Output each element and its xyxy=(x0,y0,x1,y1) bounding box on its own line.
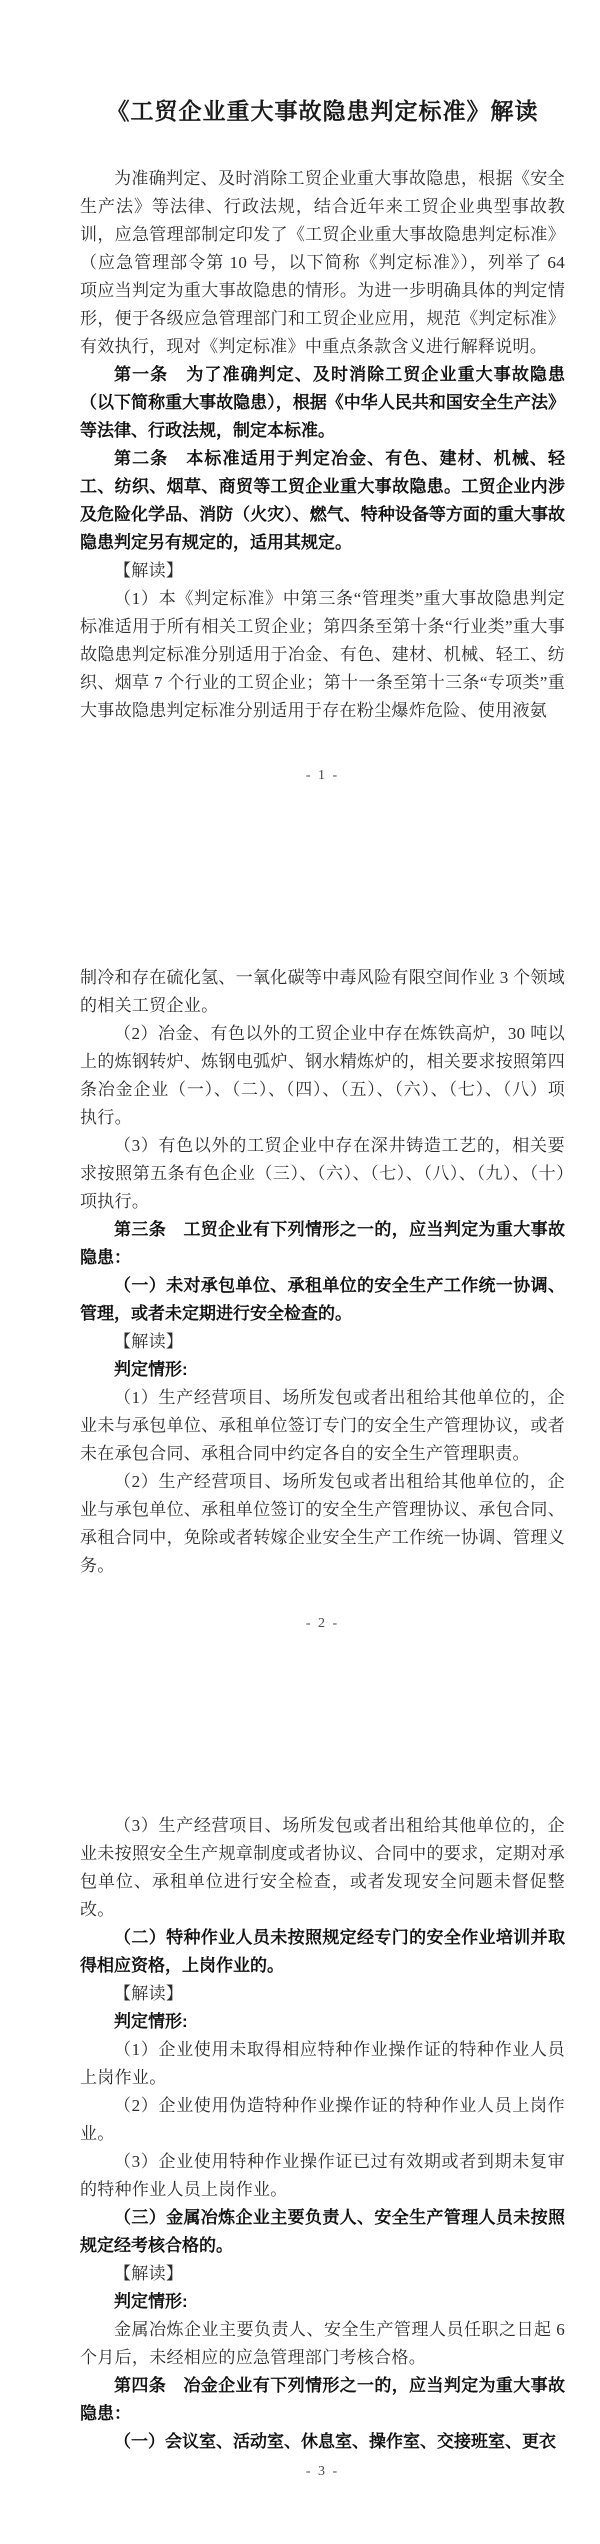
document-title: 《工贸企业重大事故隐患判定标准》解读 xyxy=(80,95,565,129)
body-paragraph: 【解读】 xyxy=(80,2260,565,2288)
clause-paragraph: （一）会议室、活动室、休息室、操作室、交接班室、更衣 xyxy=(80,2428,565,2456)
clause-paragraph: （三）金属冶炼企业主要负责人、安全生产管理人员未按照规定经考核合格的。 xyxy=(80,2204,565,2260)
clause-paragraph: 第二条 本标准适用于判定冶金、有色、建材、机械、轻工、纺织、烟草、商贸等工贸企业… xyxy=(80,445,565,557)
clause-paragraph: 第一条 为了准确判定、及时消除工贸企业重大事故隐患（以下简称重大事故隐患），根据… xyxy=(80,361,565,445)
body-paragraph: 为准确判定、及时消除工贸企业重大事故隐患，根据《安全生产法》等法律、行政法规，结… xyxy=(80,165,565,361)
body-paragraph: （3）企业使用特种作业操作证已过有效期或者到期未复审的特种作业人员上岗作业。 xyxy=(80,2148,565,2204)
body-paragraph: （2）企业使用伪造特种作业操作证的特种作业人员上岗作业。 xyxy=(80,2092,565,2148)
page-number: - 2 - xyxy=(80,1616,565,1632)
clause-paragraph: 判定情形: xyxy=(80,2008,565,2036)
body-paragraph: （1）本《判定标准》中第三条“管理类”重大事故隐患判定标准适用于所有相关工贸企业… xyxy=(80,585,565,725)
clause-paragraph: 第三条 工贸企业有下列情形之一的，应当判定为重大事故隐患： xyxy=(80,1216,565,1272)
clause-paragraph: 判定情形: xyxy=(80,2288,565,2316)
clause-paragraph: 第四条 冶金企业有下列情形之一的，应当判定为重大事故隐患： xyxy=(80,2372,565,2428)
body-paragraph: 制冷和存在硫化氢、一氧化碳等中毒风险有限空间作业 3 个领域的相关工贸企业。 xyxy=(80,964,565,1020)
body-paragraph: （3）有色以外的工贸企业中存在深井铸造工艺的，相关要求按照第五条有色企业（三）、… xyxy=(80,1132,565,1216)
body-paragraph: 【解读】 xyxy=(80,1980,565,2008)
document: 《工贸企业重大事故隐患判定标准》解读为准确判定、及时消除工贸企业重大事故隐患，根… xyxy=(0,0,600,2544)
body-paragraph: 金属冶炼企业主要负责人、安全生产管理人员任职之日起 6 个月后，未经相应的应急管… xyxy=(80,2316,565,2372)
clause-paragraph: （一）未对承包单位、承租单位的安全生产工作统一协调、管理，或者未定期进行安全检查… xyxy=(80,1272,565,1328)
body-paragraph: （1）企业使用未取得相应特种作业操作证的特种作业人员上岗作业。 xyxy=(80,2036,565,2092)
document-page-3: （3）生产经营项目、场所发包或者出租给其他单位的，企业未按照安全生产规章制度或者… xyxy=(0,1696,600,2544)
body-paragraph: 【解读】 xyxy=(80,1328,565,1356)
document-page-2: 制冷和存在硫化氢、一氧化碳等中毒风险有限空间作业 3 个领域的相关工贸企业。（2… xyxy=(0,848,600,1696)
page-number: - 3 - xyxy=(80,2464,565,2480)
body-paragraph: （2）冶金、有色以外的工贸企业中存在炼铁高炉，30 吨以上的炼钢转炉、炼钢电弧炉… xyxy=(80,1020,565,1132)
body-paragraph: （1）生产经营项目、场所发包或者出租给其他单位的，企业未与承包单位、承租单位签订… xyxy=(80,1384,565,1468)
clause-paragraph: 判定情形: xyxy=(80,1356,565,1384)
body-paragraph: （3）生产经营项目、场所发包或者出租给其他单位的，企业未按照安全生产规章制度或者… xyxy=(80,1812,565,1924)
page-number: - 1 - xyxy=(80,768,565,784)
body-paragraph: （2）生产经营项目、场所发包或者出租给其他单位的，企业与承包单位、承租单位签订的… xyxy=(80,1468,565,1580)
clause-paragraph: （二）特种作业人员未按照规定经专门的安全作业培训并取得相应资格，上岗作业的。 xyxy=(80,1924,565,1980)
body-paragraph: 【解读】 xyxy=(80,557,565,585)
document-page-1: 《工贸企业重大事故隐患判定标准》解读为准确判定、及时消除工贸企业重大事故隐患，根… xyxy=(0,0,600,848)
